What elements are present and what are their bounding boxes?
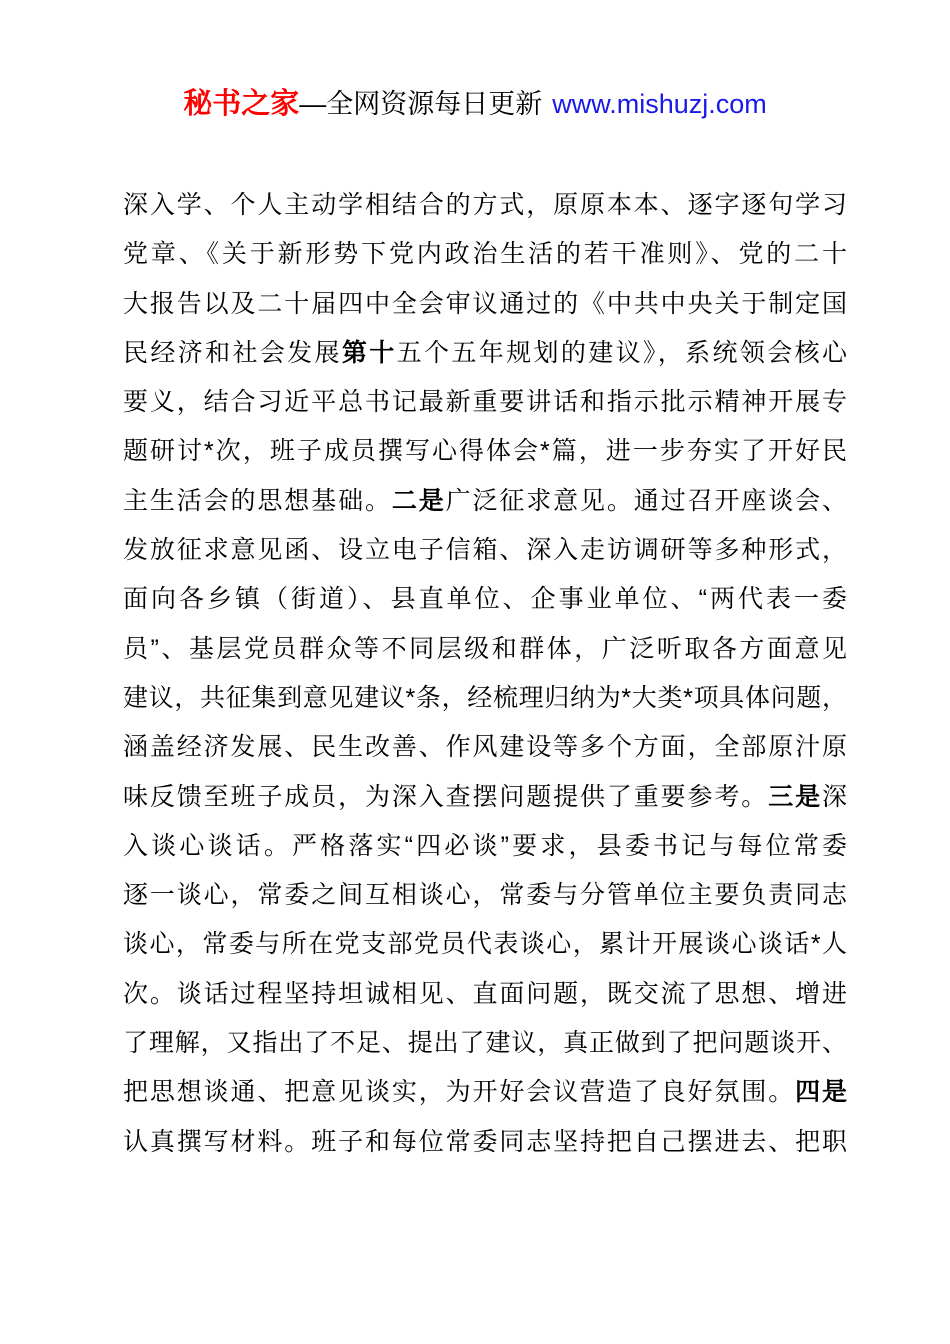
bold-text-segment: 二是 xyxy=(392,487,446,515)
text-line: 入谈心谈话。严格落实“四必谈”要求，县委书记与每位常委 xyxy=(123,822,847,871)
text-line: 谈心，常委与所在党支部党员代表谈心，累计开展谈心谈话*人 xyxy=(123,920,847,969)
text-segment: 建议，共征集到意见建议*条，经梳理归纳为*大类*项具体问题， xyxy=(123,684,847,712)
text-segment: 涵盖经济发展、民生改善、作风建设等多个方面，全部原汁原 xyxy=(123,733,847,761)
bold-text-segment: 四是 xyxy=(795,1078,847,1106)
text-segment: 深 xyxy=(822,783,847,811)
text-segment: 要义，结合习近平总书记最新重要讲话和指示批示精神开展专 xyxy=(123,388,847,416)
text-segment: 广泛征求意见。通过召开座谈会、 xyxy=(446,487,847,515)
site-header: 秘书之家—全网资源每日更新www.mishuzj.com xyxy=(0,86,950,122)
text-segment: 党章、《关于新形势下党内政治生活的若干准则》、党的二十 xyxy=(123,240,847,268)
text-line: 认真撰写材料。班子和每位常委同志坚持把自己摆进去、把职 xyxy=(123,1118,847,1167)
text-line: 主生活会的思想基础。二是广泛征求意见。通过召开座谈会、 xyxy=(123,477,847,526)
text-segment: 深入学、个人主动学相结合的方式，原原本本、逐字逐句学习 xyxy=(123,191,847,219)
site-tagline: —全网资源每日更新 xyxy=(299,89,542,119)
document-body: 深入学、个人主动学相结合的方式，原原本本、逐字逐句学习党章、《关于新形势下党内政… xyxy=(123,181,847,1167)
document-page: 秘书之家—全网资源每日更新www.mishuzj.com 深入学、个人主动学相结… xyxy=(0,0,950,1344)
text-segment: 入谈心谈话。严格落实“四必谈”要求，县委书记与每位常委 xyxy=(123,832,847,860)
text-segment: 了理解，又指出了不足、提出了建议，真正做到了把问题谈开、 xyxy=(123,1029,847,1057)
text-segment: 民经济和社会发展 xyxy=(123,339,342,367)
text-line: 味反馈至班子成员，为深入查摆问题提供了重要参考。三是深 xyxy=(123,773,847,822)
text-line: 深入学、个人主动学相结合的方式，原原本本、逐字逐句学习 xyxy=(123,181,847,230)
text-line: 逐一谈心，常委之间互相谈心，常委与分管单位主要负责同志 xyxy=(123,871,847,920)
site-brand: 秘书之家 xyxy=(183,88,299,120)
text-segment: 主生活会的思想基础。 xyxy=(123,487,392,515)
text-segment: 味反馈至班子成员，为深入查摆问题提供了重要参考。 xyxy=(123,783,768,811)
text-line: 面向各乡镇（街道）、县直单位、企事业单位、“两代表一委 xyxy=(123,575,847,624)
text-segment: 次。谈话过程坚持坦诚相见、直面问题，既交流了思想、增进 xyxy=(123,980,847,1008)
text-line: 了理解，又指出了不足、提出了建议，真正做到了把问题谈开、 xyxy=(123,1019,847,1068)
text-line: 大报告以及二十届四中全会审议通过的《中共中央关于制定国 xyxy=(123,280,847,329)
text-segment: 谈心，常委与所在党支部党员代表谈心，累计开展谈心谈话*人 xyxy=(123,930,847,958)
text-line: 党章、《关于新形势下党内政治生活的若干准则》、党的二十 xyxy=(123,230,847,279)
text-line: 涵盖经济发展、民生改善、作风建设等多个方面，全部原汁原 xyxy=(123,723,847,772)
bold-text-segment: 三是 xyxy=(768,783,822,811)
text-segment: 发放征求意见函、设立电子信箱、深入走访调研等多种形式， xyxy=(123,536,847,564)
text-line: 发放征求意见函、设立电子信箱、深入走访调研等多种形式， xyxy=(123,526,847,575)
text-line: 建议，共征集到意见建议*条，经梳理归纳为*大类*项具体问题， xyxy=(123,674,847,723)
text-line: 员”、基层党员群众等不同层级和群体，广泛听取各方面意见 xyxy=(123,625,847,674)
text-segment: 员”、基层党员群众等不同层级和群体，广泛听取各方面意见 xyxy=(123,635,847,663)
text-line: 要义，结合习近平总书记最新重要讲话和指示批示精神开展专 xyxy=(123,378,847,427)
text-segment: 五个五年规划的建议》，系统领会核心 xyxy=(397,339,847,367)
text-line: 次。谈话过程坚持坦诚相见、直面问题，既交流了思想、增进 xyxy=(123,970,847,1019)
site-url-link[interactable]: www.mishuzj.com xyxy=(552,89,767,119)
text-segment: 大报告以及二十届四中全会审议通过的《中共中央关于制定国 xyxy=(123,290,847,318)
text-segment: 认真撰写材料。班子和每位常委同志坚持把自己摆进去、把职 xyxy=(123,1128,847,1156)
text-line: 题研讨*次，班子成员撰写心得体会*篇，进一步夯实了开好民 xyxy=(123,427,847,476)
text-segment: 面向各乡镇（街道）、县直单位、企事业单位、“两代表一委 xyxy=(123,585,847,613)
text-line: 把思想谈通、把意见谈实，为开好会议营造了良好氛围。四是 xyxy=(123,1068,847,1117)
text-segment: 逐一谈心，常委之间互相谈心，常委与分管单位主要负责同志 xyxy=(123,881,847,909)
text-line: 民经济和社会发展第十五个五年规划的建议》，系统领会核心 xyxy=(123,329,847,378)
bold-text-segment: 第十 xyxy=(342,339,397,367)
text-segment: 把思想谈通、把意见谈实，为开好会议营造了良好氛围。 xyxy=(123,1078,795,1106)
text-segment: 题研讨*次，班子成员撰写心得体会*篇，进一步夯实了开好民 xyxy=(123,437,847,465)
